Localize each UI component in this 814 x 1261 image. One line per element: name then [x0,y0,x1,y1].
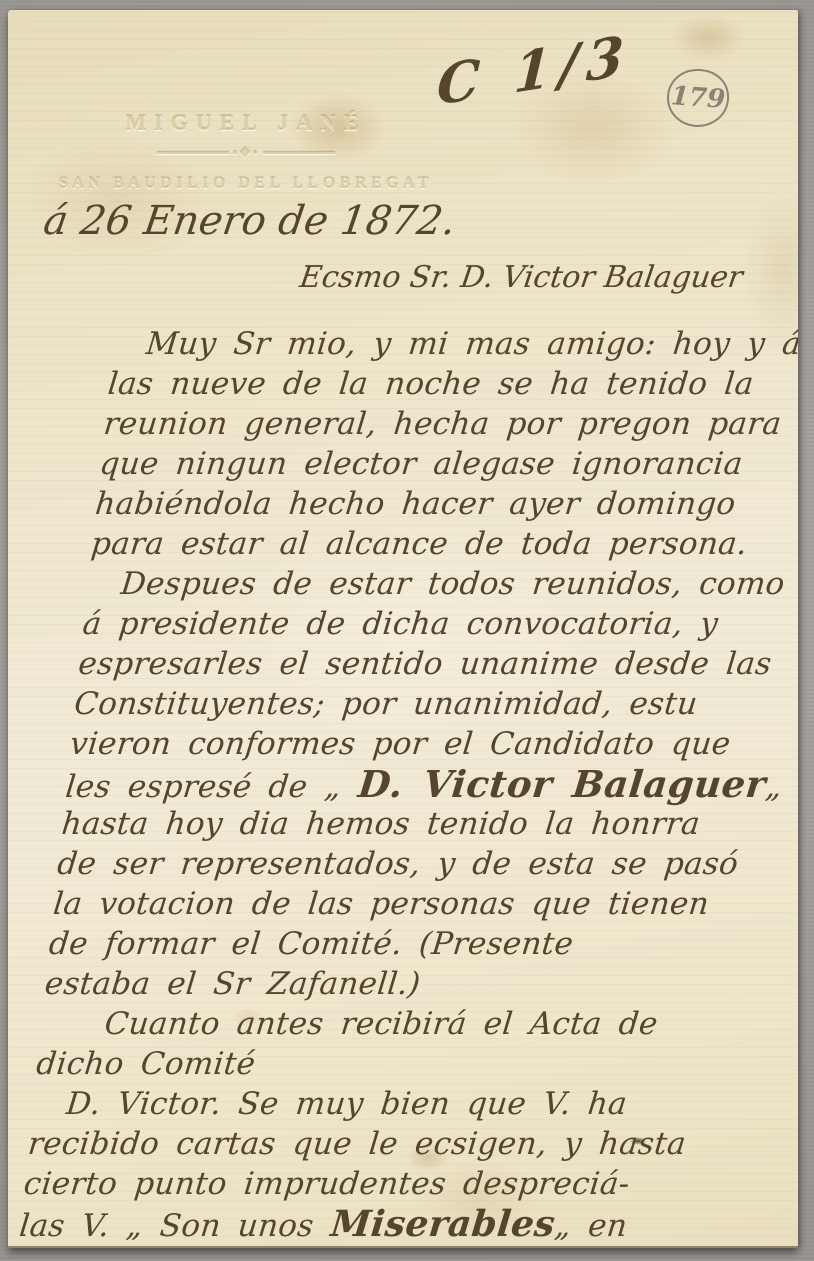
letterhead-place: SAN BAUDILIO DEL LLOBREGAT [46,175,446,193]
manuscript-line: de formar el Comité. (Presente [47,924,777,964]
divider-rule-right [263,152,335,154]
manuscript-line: que ningun elector alegase ignorancia [98,444,798,484]
folio-number: 179 [670,81,726,115]
manuscript-line: hasta hoy dia hemos tenido la honrra [60,804,790,844]
manuscript-line: á presidente de dicha convocatoria, y [81,604,798,644]
divider-ornament-icon: •❖• [229,145,264,161]
manuscript-line: las nueve de la noche se ha tenido la [106,364,798,404]
manuscript-line: vieron conformes por el Candidato que [68,724,798,764]
manuscript-line: cierto punto imprudentes despreciá- [22,1164,752,1204]
manuscript-line: D. Victor. Se muy bien que V. ha [30,1084,760,1124]
manuscript-line: las V. „ Son unos Miserables„ en [18,1204,748,1244]
manuscript-line: les espresé de „ D. Victor Balaguer„ que [64,764,794,804]
letter-page: C 1/3 179 MIGUEL JANÉ •❖• SAN BAUDILIO D… [8,10,798,1248]
manuscript-line: para estar al alcance de toda persona. [89,524,798,564]
manuscript-line: recibido cartas que le ecsigen, y hasta [26,1124,756,1164]
manuscript-line: Constituyentes; por unanimidad, estu [72,684,798,724]
date-line: á 26 Enero de 1872. [41,198,459,244]
letterhead-divider: •❖• [46,145,446,161]
manuscript-line: reunion general, hecha por pregon para [102,404,798,444]
manuscript-line: Cuanto antes recibirá el Acta de [39,1004,769,1044]
letterhead: MIGUEL JANÉ •❖• SAN BAUDILIO DEL LLOBREG… [46,110,446,193]
manuscript-line: de ser representados, y de esta se pasó [55,844,785,884]
salutation: Ecsmo Sr. D. Victor Balaguer [298,260,745,295]
manuscript-line: dicho Comité [34,1044,764,1084]
victor-balaguer-name: D. Victor Balaguer [356,762,768,806]
manuscript-line: la votacion de las personas que tienen [51,884,781,924]
divider-rule-left [157,152,229,154]
photo-background: C 1/3 179 MIGUEL JANÉ •❖• SAN BAUDILIO D… [0,0,814,1261]
letterhead-name: MIGUEL JANÉ [46,110,446,136]
folio-number-circle: 179 [665,67,731,129]
line-text: „ en [553,1208,629,1244]
manuscript-line: espresarles el sentido unanime desde las [77,644,798,684]
line-text: „ que [764,769,798,805]
manuscript-line: estaba el Sr Zafanell.) [43,964,773,1004]
manuscript-line: Muy Sr mio, y mi mas amigo: hoy y á [110,324,798,364]
manuscript-line: habiéndola hecho hacer ayer domingo [93,484,798,524]
manuscript-line: Despues de estar todos reunidos, como [85,564,798,604]
line-text: les espresé de „ [64,769,360,805]
miserables-word: Miserables [329,1203,557,1245]
line-text: las V. „ Son unos [18,1208,333,1244]
archival-classification-mark: C 1/3 [435,22,633,118]
letter-body: Muy Sr mio, y mi mas amigo: hoy y á las … [18,324,798,1244]
